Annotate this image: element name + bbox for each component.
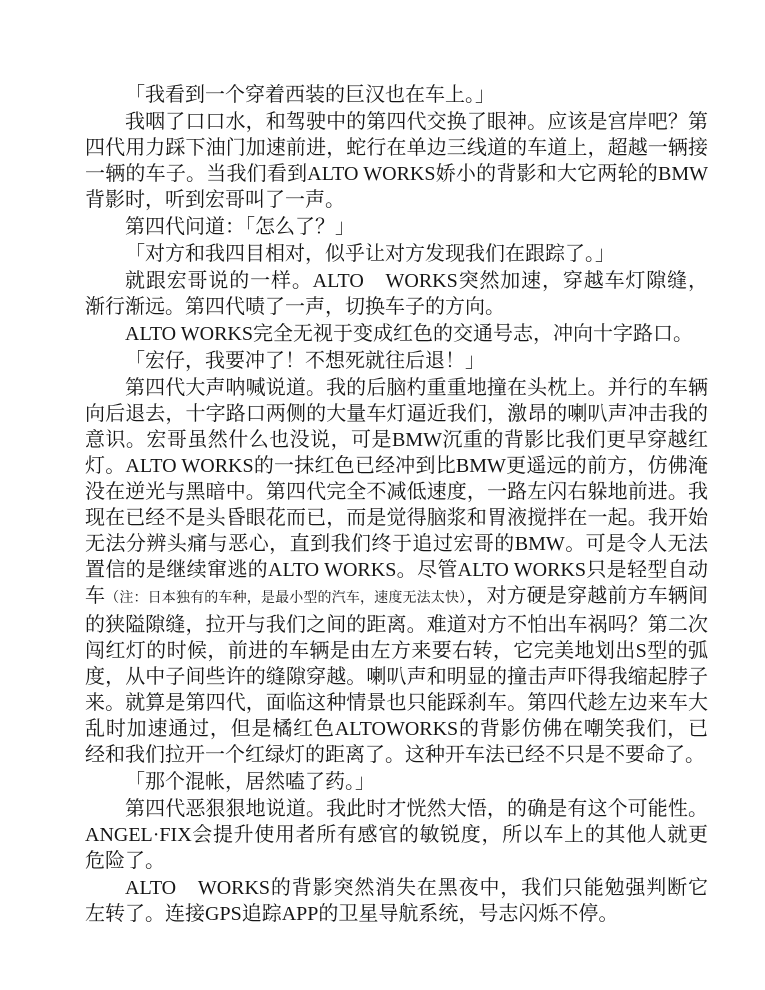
paragraph-p8: 第四代大声呐喊说道。我的后脑杓重重地撞在头枕上。并行的车辆向后退去，十字路口两侧… <box>85 375 708 768</box>
paragraph-p2: 我咽了口口水，和驾驶中的第四代交换了眼神。应该是宫岸吧？第四代用力踩下油门加速前… <box>85 109 708 213</box>
text-run: 第四代大声呐喊说道。我的后脑杓重重地撞在头枕上。并行的车辆向后退去，十字路口两侧… <box>85 377 708 607</box>
inline-annotation-note: （注：日本独有的车种，是最小型的汽车，速度无法太快） <box>105 591 466 606</box>
text-run: 「宏仔，我要冲了！不想死就往后退！」 <box>125 350 485 372</box>
text-run: 就跟宏哥说的一样。ALTO WORKS突然加速，穿越车灯隙缝，渐行渐远。第四代啧… <box>85 270 708 318</box>
text-run: 「我看到一个穿着西装的巨汉也在车上。」 <box>125 84 495 106</box>
paragraph-p5: 就跟宏哥说的一样。ALTO WORKS突然加速，穿越车灯隙缝，渐行渐远。第四代啧… <box>85 268 708 320</box>
text-run: 「那个混帐，居然嗑了药。」 <box>125 771 375 793</box>
document-page: 「我看到一个穿着西装的巨汉也在车上。」我咽了口口水，和驾驶中的第四代交换了眼神。… <box>0 0 765 990</box>
paragraph-p11: ALTO WORKS的背影突然消失在黑夜中，我们只能勉强判断它左转了。连接GPS… <box>85 875 708 927</box>
text-run: ALTO WORKS的背影突然消失在黑夜中，我们只能勉强判断它左转了。连接GPS… <box>85 877 708 925</box>
paragraph-p9: 「那个混帐，居然嗑了药。」 <box>85 769 708 795</box>
text-run: 「对方和我四目相对，似乎让对方发现我们在跟踪了。」 <box>125 243 615 265</box>
text-run: ，对方硬是穿越前方车辆间的狭隘隙缝，拉开与我们之间的距离。难道对方不怕出车祸吗？… <box>85 585 708 766</box>
page-content: 「我看到一个穿着西装的巨汉也在车上。」我咽了口口水，和驾驶中的第四代交换了眼神。… <box>85 82 708 928</box>
paragraph-p6: ALTO WORKS完全无视于变成红色的交通号志，冲向十字路口。 <box>85 321 708 347</box>
paragraph-p1: 「我看到一个穿着西装的巨汉也在车上。」 <box>85 82 708 108</box>
text-run: ALTO WORKS完全无视于变成红色的交通号志，冲向十字路口。 <box>125 323 693 345</box>
paragraph-p10: 第四代恶狠狠地说道。我此时才恍然大悟，的确是有这个可能性。ANGEL·FIX会提… <box>85 796 708 874</box>
text-run: 第四代恶狠狠地说道。我此时才恍然大悟，的确是有这个可能性。ANGEL·FIX会提… <box>85 798 708 872</box>
text-run: 我咽了口口水，和驾驶中的第四代交换了眼神。应该是宫岸吧？第四代用力踩下油门加速前… <box>85 111 708 211</box>
paragraph-p3: 第四代问道：「怎么了？」 <box>85 214 708 240</box>
paragraph-p7: 「宏仔，我要冲了！不想死就往后退！」 <box>85 348 708 374</box>
paragraph-p4: 「对方和我四目相对，似乎让对方发现我们在跟踪了。」 <box>85 241 708 267</box>
text-run: 第四代问道：「怎么了？」 <box>125 216 355 238</box>
